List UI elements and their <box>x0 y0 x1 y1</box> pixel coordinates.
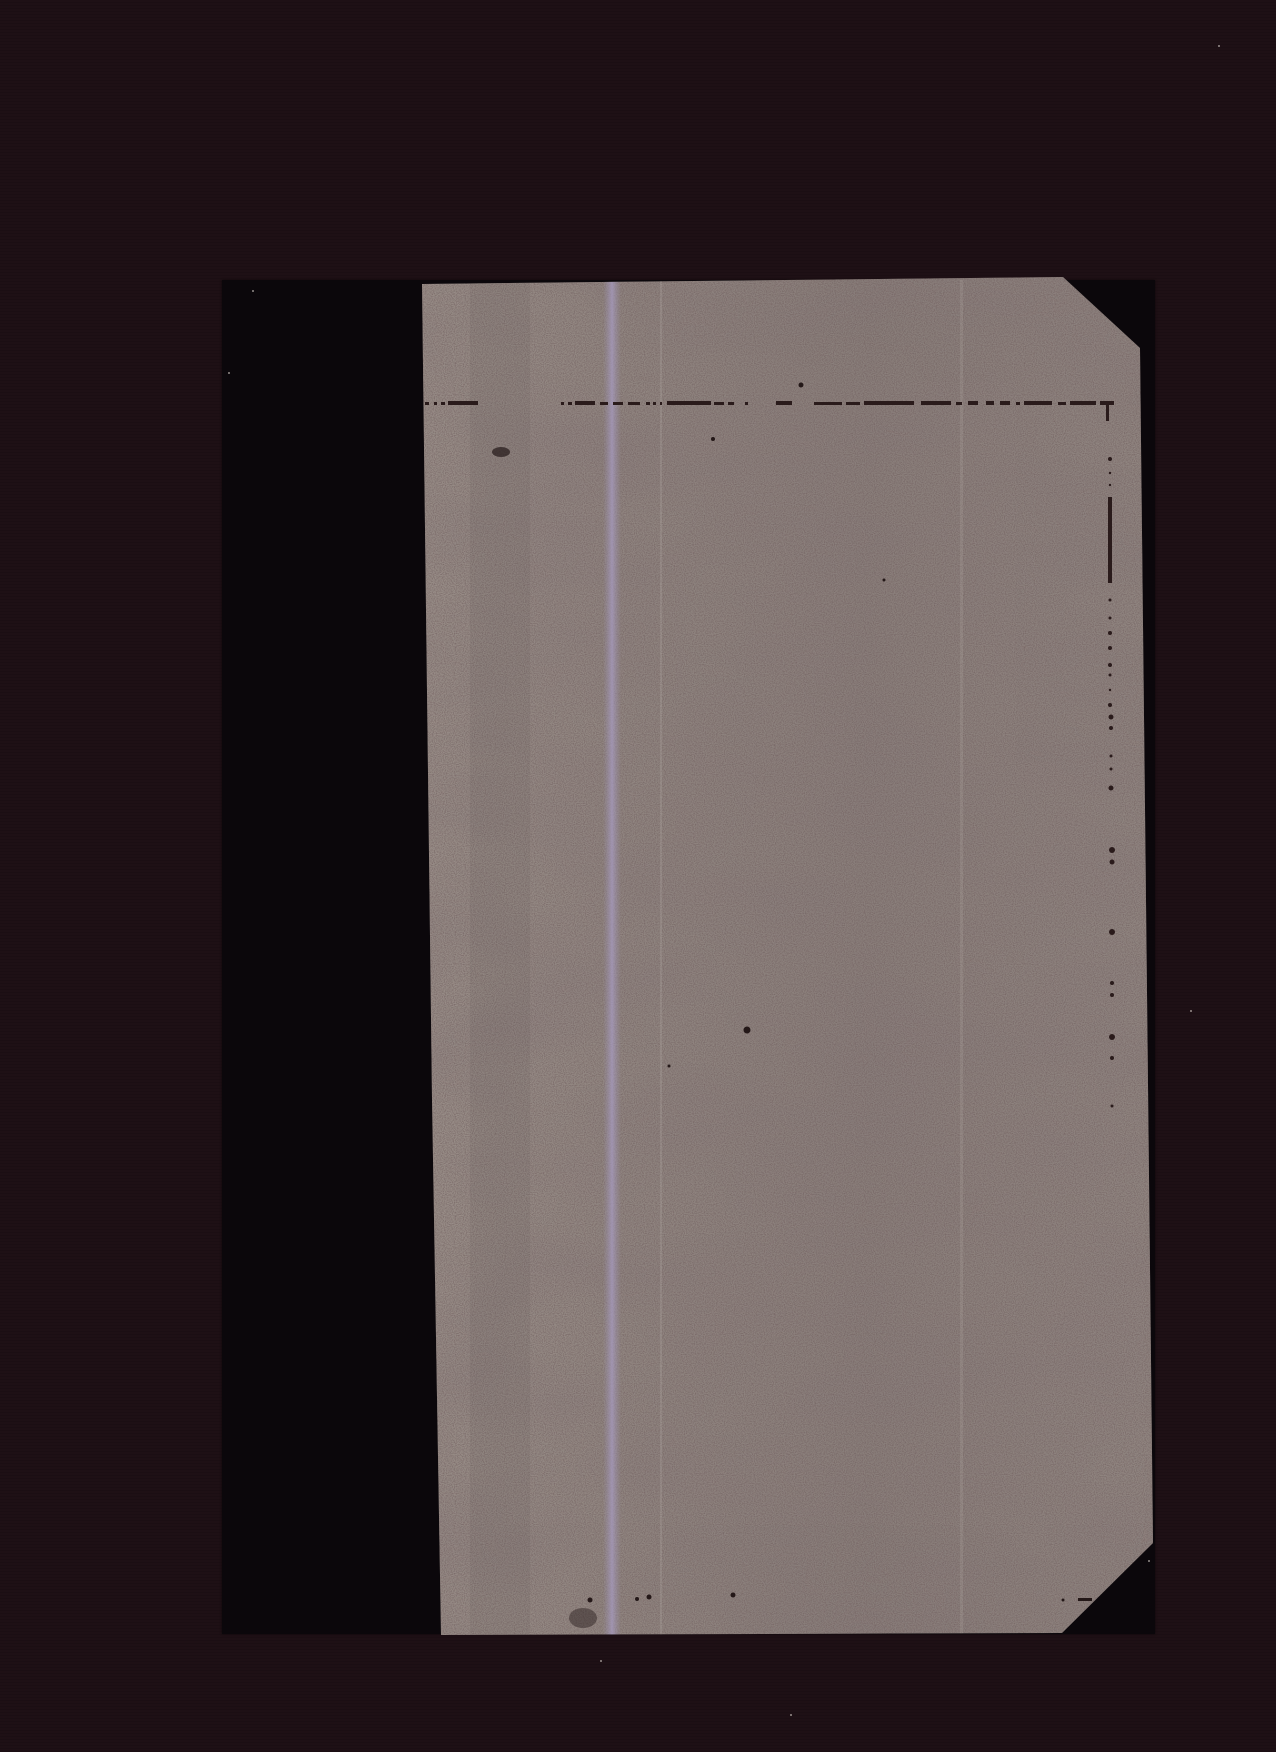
dust-speck <box>1190 1010 1192 1012</box>
dust-speck <box>252 290 254 292</box>
dust-speck <box>1148 1560 1150 1562</box>
dust-speck <box>1218 45 1220 47</box>
dust-speck <box>790 1714 792 1716</box>
paper-page <box>0 0 1276 1752</box>
scanner-streak <box>603 270 621 1650</box>
paper-sheet <box>0 0 1276 1752</box>
dust-speck <box>228 372 230 374</box>
dust-speck <box>600 1660 602 1662</box>
